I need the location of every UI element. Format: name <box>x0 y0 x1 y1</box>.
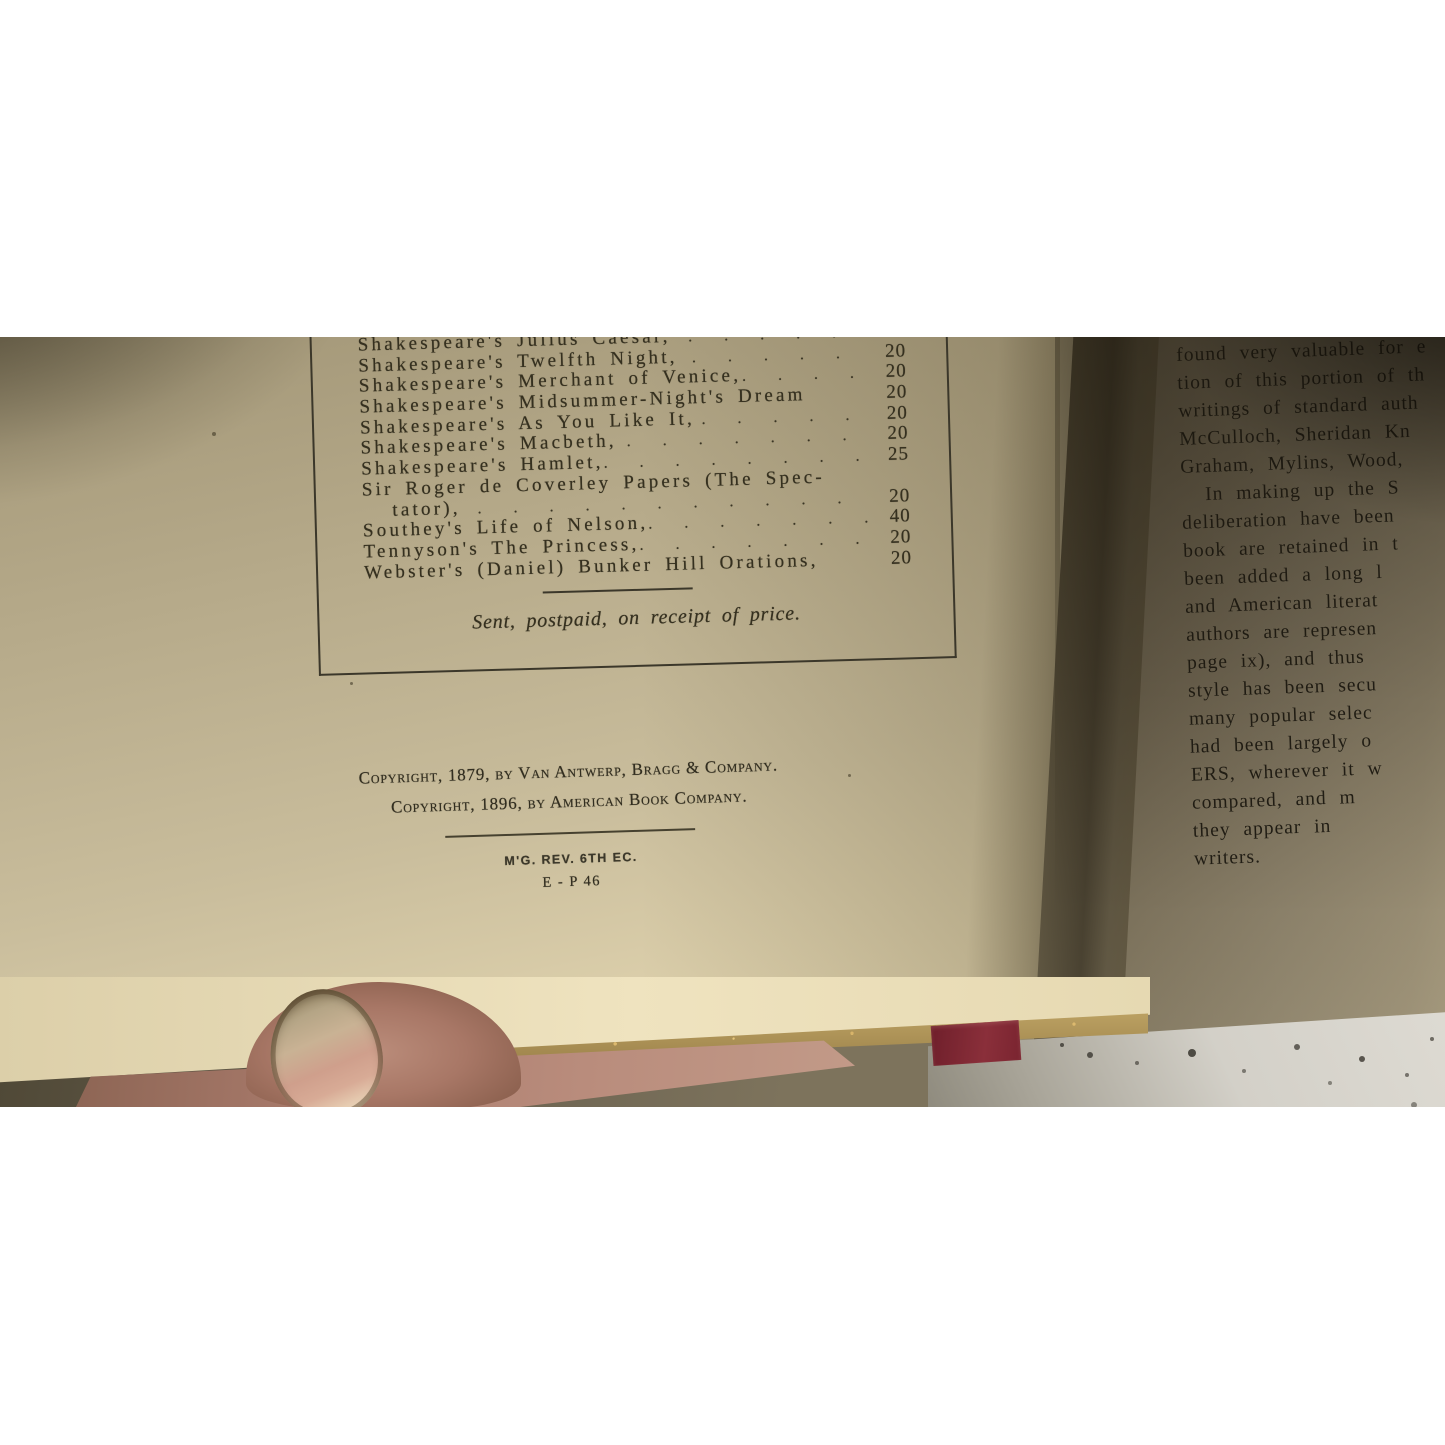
white-matte-top <box>0 0 1445 337</box>
postpaid-note: Sent, postpaid, on receipt of price. <box>319 598 953 639</box>
maroon-cover-corner <box>931 1020 1022 1066</box>
page-speck <box>212 432 216 436</box>
price-cents: 20 <box>870 485 911 508</box>
price-cents <box>870 480 910 481</box>
book-photo: Shakespeare's Julius Caesar, . . . . . 2… <box>0 337 1445 1107</box>
price-cents: 20 <box>868 423 909 446</box>
price-list-box: Shakespeare's Julius Caesar, . . . . . 2… <box>309 337 956 676</box>
colophon-divider <box>445 828 695 838</box>
price-cents: 25 <box>869 443 910 466</box>
price-cents: 20 <box>866 361 907 384</box>
dot-leader <box>825 481 870 482</box>
price-cents: 20 <box>872 547 913 570</box>
price-cents: 20 <box>868 402 909 425</box>
price-cents: 20 <box>871 526 912 549</box>
colophon: Copyright, 1879, by Van Antwerp, Bragg &… <box>268 753 872 901</box>
table-speckles <box>1060 1043 1064 1047</box>
price-cents: 20 <box>866 340 907 363</box>
price-list-divider <box>543 588 693 594</box>
price-cents: 40 <box>870 505 911 528</box>
white-matte-bottom <box>0 1107 1445 1445</box>
price-list: Shakespeare's Julius Caesar, . . . . . 2… <box>311 337 952 584</box>
price-cents: 20 <box>867 381 908 404</box>
page-speck <box>350 682 353 685</box>
dot-leader <box>819 564 872 565</box>
dot-leader: . . . . <box>741 365 867 387</box>
dot-leader <box>806 398 868 400</box>
screenshot: Shakespeare's Julius Caesar, . . . . . 2… <box>0 0 1445 1445</box>
